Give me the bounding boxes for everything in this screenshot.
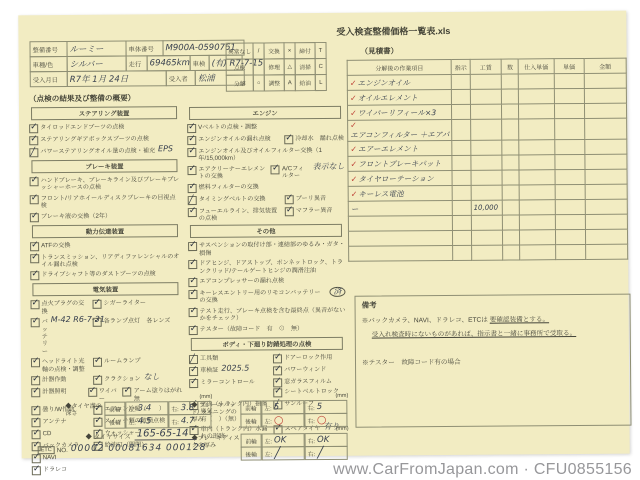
handwritten-value: 松浦 — [198, 72, 215, 84]
checklist-row: ╱工具類✓ドアーロック作用 — [189, 353, 349, 363]
checkbox: ✓ — [30, 177, 39, 186]
section-header: 電気装置 — [32, 283, 178, 297]
checklist-row: ✓Vベルトの点検・調整 — [187, 123, 347, 133]
estimate-table: 分解後の作業項目指示工賃数仕入単価単価金額✓エンジンオイル✓オイルエレメント✓ワ… — [347, 58, 629, 262]
checklist-heading: （点検の結果及び整備の概要） — [29, 92, 183, 104]
checklist-item-label: 計器作動 — [42, 376, 66, 384]
header-row: 受入月日R7年 1月 24日受入者松浦 — [31, 71, 245, 88]
estimate-cell — [470, 74, 502, 89]
estimate-cell — [585, 199, 627, 214]
check-mark: ✓ — [31, 175, 39, 184]
field-label: 車検 — [190, 55, 210, 71]
check-mark: ✓ — [33, 464, 41, 473]
checklist-row: ✓ブレーキ液の交換（2年） — [30, 212, 184, 222]
estimate-cell — [503, 245, 520, 260]
checkbox: ✓ — [94, 430, 103, 439]
checklist-item-label: 室内（トランク内）損傷臭気 — [200, 400, 270, 415]
handwritten-value: ルーミー — [69, 43, 103, 55]
checklist-item: ✓車検証2025.5 — [189, 366, 273, 376]
estimate-item-cell: ー — [348, 200, 452, 216]
checkbox: ✓ — [31, 318, 40, 327]
estimate-cell — [584, 118, 626, 139]
checklist-item: ╱工具類 — [189, 354, 273, 364]
form-title: 受入検査整備価格一覧表.xls — [336, 24, 450, 38]
checkbox: ✓ — [93, 376, 102, 385]
checklist-item: ✓シートベルトロック — [273, 388, 339, 398]
handwritten-note: 有り — [323, 423, 339, 431]
check-mark: ✓ — [89, 386, 97, 395]
red-check-mark: ✓ — [350, 144, 357, 153]
estimate-item-cell: ✓エアーエレメント — [348, 140, 452, 156]
estimate-cell — [519, 170, 554, 185]
estimate-cell — [585, 244, 627, 259]
checkbox: ✓ — [31, 359, 40, 368]
checklist-item: ✓テスト走行、ブレーキ点検を含む最終点（異音がないかをチェック） — [189, 307, 349, 323]
estimate-cell — [471, 230, 503, 245]
handwritten-note: EPS — [158, 145, 173, 153]
red-check-mark: ✓ — [350, 93, 357, 102]
checkbox: ✓ — [93, 358, 102, 367]
estimate-item-cell: ✓エアコンフィルター ＋エアパ — [348, 119, 452, 141]
estimate-cell — [502, 140, 519, 155]
checklist-item: ✓CD — [32, 430, 94, 439]
estimate-item-cell: ✓オイルエレメント — [347, 89, 451, 105]
check-mark: ✓ — [31, 270, 39, 279]
check-mark: ✓ — [190, 306, 198, 315]
checklist-item-label: ATFの交換 — [41, 242, 70, 250]
estimate-cell — [554, 103, 584, 118]
checklist-row: ✓ヘッドライト光軸の点検・調整✓ルームランプ — [31, 357, 185, 373]
slash-mark: ╱ — [189, 195, 194, 204]
check-mark: ✓ — [124, 386, 132, 395]
checkbox: ✓ — [31, 406, 40, 415]
estimate-item-cell — [348, 215, 452, 231]
check-mark: ✓ — [190, 365, 198, 374]
checkbox: ✓ — [273, 366, 282, 375]
checklist-item-label: 工具類 — [200, 355, 218, 363]
red-check-mark: ✓ — [350, 121, 357, 130]
legend-symbol: L — [315, 74, 327, 91]
checklist-item: ✓ATFの交換 — [30, 242, 73, 251]
checklist-row: ✓エンジンオイルの漏れ点検✓冷却水 漏れ点検 — [187, 135, 347, 145]
checkbox: ✓ — [31, 418, 40, 427]
estimate-item-text: エンジンオイル — [357, 78, 409, 87]
estimate-item-text: ワイパーリフィール×3 — [358, 108, 436, 118]
checklist-item-label: ウォッシャー — [105, 429, 141, 437]
checkbox: ✓ — [188, 260, 197, 269]
legend-label: 交換 — [263, 42, 284, 59]
check-mark: ✓ — [94, 356, 102, 365]
checklist-item-label: ヘッドライト光軸の点検・調整 — [42, 358, 90, 373]
field-value: シルバー — [67, 56, 127, 72]
checklist-item-label: シートベルトロック — [284, 388, 339, 396]
estimate-column-header: 仕入単価 — [518, 59, 553, 74]
checklist-item: ✓A/Cフィルター表示なし — [271, 165, 348, 180]
check-mark: ✓ — [190, 399, 198, 408]
checkbox: ✓ — [123, 388, 132, 397]
checklist-row: ╱パワーステアリングオイル量の点検・補充EPS — [29, 147, 183, 157]
checklist-item-label: テスト走行、ブレーキ点検を含む最終点（異音がないかをチェック） — [200, 307, 346, 323]
checklist-item-label: アンテナ — [42, 418, 66, 426]
checklist-item: ✓室内（トランク内）損傷臭気有（ ）（無） — [189, 400, 273, 423]
symbol-legend-table: 異常なし/交換×締付T点検修理△清掃C分解○調整A給油L — [226, 43, 326, 92]
checklist-item: ✓マフラー異音 — [285, 207, 336, 216]
checklist-row: ✓ミラーコントロール✓窓ガラスフィルム✓シートベルトロック — [189, 377, 349, 397]
checklist-row: ✓フューエルライン、排気装置の点検✓マフラー異音 — [188, 206, 348, 222]
estimate-cell — [520, 215, 555, 230]
checkbox: ✓ — [273, 354, 282, 363]
section-header: ステアリング装置 — [31, 106, 177, 120]
checkbox: ✓ — [32, 466, 41, 475]
checkbox: ✓ — [93, 406, 102, 415]
checklist-item: ✓窓ガラスフィルム — [273, 378, 339, 388]
estimate-cell — [471, 185, 503, 200]
estimate-row — [349, 244, 628, 261]
checkbox: ✓ — [93, 418, 102, 427]
checklist-row: ✓バックカメラ✓給油口（開閉） — [32, 441, 186, 451]
checklist-item: ✓曇り/W作動 — [31, 406, 93, 415]
check-mark: ✓ — [30, 134, 38, 143]
checklist-item-label: ドアーロック作用 — [284, 354, 332, 362]
checklist-item-label: 点火プラグの交換 — [42, 300, 90, 315]
checklist-item-label: フロント/リアホイールディスクブレーキの目視点検 — [41, 194, 181, 210]
checklist-item: ✓燃料フィルターの交換 — [188, 183, 262, 193]
checklist-item-label: 給油口（開閉） — [105, 441, 148, 449]
estimate-cell — [452, 170, 471, 185]
estimate-cell — [584, 73, 626, 88]
field-value: 69465km — [147, 55, 191, 71]
estimate-section: （見積書） 分解後の作業項目指示工賃数仕入単価単価金額✓エンジンオイル✓オイルエ… — [347, 44, 629, 262]
checkbox: ✓ — [29, 124, 38, 133]
checklist-item-label: クラクション — [104, 376, 141, 384]
checklist-row: ✓キーレスエントリー用のリモコンバッテリーの交換済 — [188, 289, 348, 305]
checklist-item-label: 冷却水 漏れ点検 — [295, 135, 344, 143]
estimate-cell — [471, 155, 503, 170]
check-mark: ✓ — [31, 240, 39, 249]
check-mark: ✓ — [272, 163, 280, 172]
checkbox: ✓ — [29, 136, 38, 145]
checklist-item-label: エアコン冷暖（ ） — [104, 405, 165, 413]
check-mark: ✓ — [189, 206, 197, 215]
remarks-line: 受入れ検査時にないものがあれば、指示書と一緒に事務所で受取る。 — [372, 327, 624, 339]
estimate-cell — [519, 104, 554, 119]
field-label: 走行 — [126, 55, 148, 71]
checkbox: ✓ — [187, 148, 196, 157]
check-mark: ✓ — [95, 440, 103, 449]
handwritten-note: 済 — [329, 287, 345, 297]
checklist-row: ✓テスター（故障コード 有 ⊙ 無） — [189, 324, 349, 334]
checklist-row: ✓車内（トランク内）水漏れの形跡✓スペアタイヤ有り — [189, 425, 349, 441]
handwritten-note: 表示なし — [312, 163, 344, 171]
checklist-item-label: 有（ ）（無） — [200, 415, 270, 423]
estimate-cell — [519, 185, 554, 200]
legend-label: 異常なし — [225, 43, 253, 60]
checklist-item: ✓ドアヒンジ、ドアストップ、ボンネットロック、トランクリッド/テールゲートヒンジ… — [188, 259, 348, 275]
legend-label: 点検 — [226, 59, 254, 76]
field-label: 整備番号 — [29, 41, 67, 57]
handwritten-note: 2025.5 — [221, 364, 249, 372]
checklist-item: ✓ドラレコ — [32, 466, 70, 475]
estimate-item-cell: ✓キーレス電池 — [348, 185, 452, 201]
estimate-item-cell: ✓エンジンオイル — [347, 74, 451, 90]
checklist-row: ✓室内（トランク内）損傷臭気有（ ）（無）╱サンルーフ — [189, 399, 349, 422]
estimate-cell — [555, 199, 585, 214]
estimate-cell — [503, 215, 520, 230]
section-header: 動力伝達装置 — [32, 224, 178, 238]
check-mark: ✓ — [33, 440, 41, 449]
estimate-cell — [471, 215, 503, 230]
red-check-mark: ✓ — [351, 174, 358, 183]
estimate-cell — [584, 103, 626, 118]
checklist-item: ✓ハンドブレーキ、ブレーキライン及びブレーキプレッシャーホースの点検 — [30, 176, 184, 192]
checklist-item-label: トランスミッション、リアディファレンシャルのオイル漏れ点検 — [41, 253, 181, 269]
check-mark: ✓ — [189, 258, 197, 267]
checklist-item: ✓NAVI — [32, 454, 60, 463]
checklist-row: ✓ドライブシャフト等のダストブーツの点検 — [30, 271, 184, 281]
estimate-cell — [554, 73, 584, 88]
measure-value: ╱ — [274, 446, 281, 459]
estimate-cell — [502, 170, 519, 185]
check-mark: ✓ — [32, 357, 40, 366]
checklist-row: ✓サスペンションの取付け部・連結部のゆるみ・ガタ・損傷 — [188, 241, 348, 257]
checklist-item-label: ドライブシャフト等のダストブーツの点検 — [41, 271, 156, 279]
checklist-row: ✓燃料フィルターの交換 — [188, 182, 348, 192]
field-label: 車体番号 — [125, 40, 163, 56]
estimate-cell — [452, 155, 471, 170]
checklist-item-label: ルームランプ — [104, 358, 141, 366]
estimate-column-header: 分解後の作業項目 — [347, 59, 451, 75]
slash-mark: ╱ — [190, 354, 195, 363]
checklist-item-label: エアコンプレッサーの漏れ点検 — [199, 277, 284, 285]
legend-label: 締付 — [294, 42, 315, 59]
field-value: ルーミー — [66, 41, 126, 57]
checklist-item: ✓ヘッドライト光軸の点検・調整 — [31, 358, 93, 373]
estimate-cell — [453, 215, 472, 230]
checklist-item: ╱タイミングベルトの交換 — [188, 195, 285, 205]
check-mark: ✓ — [31, 299, 39, 308]
checkbox: ✓ — [188, 290, 197, 299]
check-mark: ✓ — [31, 193, 39, 202]
remarks-text: ※バックカメラ、NAVI、ドラレコ、ETCは — [362, 317, 490, 325]
checklist-item-label: サスペンションの取付け部・連結部のゆるみ・ガタ・損傷 — [199, 241, 345, 257]
checklist-item: ╱パワーステアリングオイル量の点検・補充EPS — [29, 147, 176, 157]
check-mark: ✓ — [286, 193, 294, 202]
field-label: 受入月日 — [30, 71, 68, 87]
checklist-item: ✓エンジンオイル及びオイルフィルター交換（1年/15,000km） — [187, 147, 347, 163]
checklist-item: ✓バックカメラ — [32, 442, 94, 451]
estimate-cell — [502, 155, 519, 170]
checklist-item-label: シガーライター — [104, 300, 147, 308]
estimate-cell — [503, 230, 520, 245]
measure-value-cell: 右:╱ — [305, 446, 348, 460]
estimate-cell — [452, 185, 471, 200]
estimate-column-header: 単価 — [554, 58, 584, 73]
check-mark: ✓ — [31, 252, 39, 261]
check-mark: ✓ — [274, 376, 282, 385]
checklist-item-label: エアクリーナーエレメントの交換 — [198, 165, 268, 180]
check-mark: ✓ — [95, 428, 103, 437]
checkbox: ✓ — [31, 301, 40, 310]
estimate-item-cell: ✓フロントブレーキパット — [348, 155, 452, 171]
checklist-item-label: タイミングベルトの交換 — [199, 195, 266, 203]
estimate-cell — [452, 119, 471, 140]
estimate-cell — [555, 214, 585, 229]
checklist-item-label: スペアタイヤ — [284, 425, 320, 433]
estimate-cell — [453, 230, 472, 245]
estimate-cell: 10,000 — [471, 200, 503, 215]
checklist-item: ✓テスター（故障コード 有 ⊙ 無） — [189, 325, 306, 335]
estimate-item-text: エアーエレメント — [358, 144, 418, 153]
checklist-item: ✓プーリ異音 — [285, 195, 329, 204]
checkbox: ✓ — [284, 135, 293, 144]
estimate-cell — [554, 154, 584, 169]
checklist-item-label: タイロッドエンドブーツの点検 — [40, 124, 124, 132]
checklist-item: ✓クラクションなし — [93, 375, 163, 385]
checkbox: ✓ — [188, 242, 197, 251]
checkbox: ✓ — [189, 379, 198, 388]
checklist-item-label: パワーウィンド — [284, 366, 326, 374]
checkbox: ✓ — [187, 166, 196, 175]
red-check-mark: ✓ — [350, 108, 357, 117]
estimate-item-text: タイヤローテーション — [358, 174, 434, 184]
check-mark: ✓ — [274, 364, 282, 373]
estimate-cell — [519, 119, 555, 140]
checklist-item: ✓計器照明 — [31, 388, 88, 397]
scanned-inspection-form: { "meta": { "title": "受入検査整備価格一覧表.xls", … — [0, 0, 640, 480]
estimate-item-cell: ✓ワイパーリフィール×3 — [347, 104, 451, 120]
checklist-row: ✓計器照明✓ワイパー✓アーム塗りはがれ無 — [31, 387, 185, 403]
checklist-item: ✓サスペンションの取付け部・連結部のゆるみ・ガタ・損傷 — [188, 241, 348, 257]
estimate-cell — [471, 170, 503, 185]
check-mark: ✓ — [188, 164, 196, 173]
checklist-item: ✓ミラーコントロール — [189, 378, 273, 388]
check-mark: ✓ — [94, 416, 102, 425]
checkbox: ✓ — [30, 242, 39, 251]
legend-label: 修理 — [264, 58, 285, 75]
check-mark: ✓ — [189, 276, 197, 285]
check-mark: ✓ — [32, 374, 40, 383]
checklist-row: ✓テスト走行、ブレーキ点検を含む最終点（異音がないかをチェック） — [189, 307, 349, 323]
estimate-cell — [520, 245, 555, 260]
checklist-item-label: ブレーキ液の交換（2年） — [41, 212, 111, 220]
checklist-item-label: 車内（トランク内）水漏れの形跡 — [200, 425, 270, 440]
checklist-item: ✓ウォッシャー — [94, 429, 144, 438]
checklist-item-label: エンジンオイル及びオイルフィルター交換（1年/15,000km） — [198, 147, 344, 163]
estimate-cell — [502, 185, 519, 200]
checklist-item-label: ドアヒンジ、ドアストップ、ボンネットロック、トランクリッド/テールゲートヒンジの… — [199, 259, 345, 275]
checklist-item: ✓Vベルトの点検・調整 — [187, 123, 260, 133]
remarks-underlined-text: 受入れ検査時にないものがあれば、指示書と一緒に事務所で受取る。 — [372, 330, 576, 339]
checklist-row: ✓ATFの交換 — [30, 241, 184, 251]
checklist-item-label: ドラレコ — [43, 466, 67, 474]
remarks-line: ※テスター 故障コード有の場合 — [362, 355, 624, 367]
checklist-item-label: ステアリングギアボックスブーツの点検 — [40, 135, 149, 143]
estimate-item-text: ー — [351, 204, 359, 213]
estimate-cell — [585, 139, 627, 154]
handwritten-note: なし — [144, 373, 160, 381]
estimate-title: （見積書） — [361, 44, 627, 57]
checklist-item: ✓トランスミッション、リアディファレンシャルのオイル漏れ点検 — [30, 253, 184, 269]
checklist-item-label: スイッチ類の破損点検 — [104, 417, 165, 425]
check-mark: ✓ — [32, 316, 40, 325]
checkbox: ✓ — [189, 426, 198, 435]
checkbox: ╱ — [29, 148, 38, 157]
estimate-cell — [585, 214, 627, 229]
check-mark: ✓ — [189, 182, 197, 191]
checklist-item: ✓給油口（開閉） — [94, 441, 151, 450]
remarks-line: ※バックカメラ、NAVI、ドラレコ、ETCは 要確認装備とする。 — [362, 313, 624, 325]
remarks-box: 備考 ※バックカメラ、NAVI、ドラレコ、ETCは 要確認装備とする。受入れ検査… — [354, 294, 631, 428]
checkbox: ✓ — [187, 136, 196, 145]
check-mark: ✓ — [32, 386, 40, 395]
handwritten-value: シルバー — [70, 58, 103, 70]
checkbox: ✓ — [285, 195, 294, 204]
checklist-row: ✓NAVI — [32, 453, 186, 463]
estimate-cell — [452, 104, 471, 119]
slash-mark: ╱ — [274, 399, 279, 408]
field-value: R7年 1月 24日 — [67, 70, 167, 87]
checklist-row: ╱タイミングベルトの交換✓プーリ異音 — [188, 194, 348, 204]
checklist-item-label: サンルーフ — [284, 400, 314, 408]
section-header: その他 — [190, 224, 342, 238]
check-mark: ✓ — [93, 298, 101, 307]
checklist-item-label: マフラー異音 — [296, 207, 333, 215]
field-label: 受入者 — [166, 70, 196, 86]
estimate-item-text: エアコンフィルター ＋エアパ — [350, 130, 449, 140]
handwritten-value: R7年 1月 24日 — [70, 73, 129, 85]
estimate-cell — [555, 229, 585, 244]
estimate-cell — [554, 118, 584, 139]
check-mark: ✓ — [286, 205, 294, 214]
checklist-item-label: 窓ガラスフィルム — [284, 378, 332, 386]
check-mark: ✓ — [190, 424, 198, 433]
checklist-item-label: NAVI — [43, 454, 57, 462]
checklist-item: ✓車内（トランク内）水漏れの形跡 — [189, 425, 273, 440]
labor-cost-value: 10,000 — [474, 204, 499, 212]
checklist-item: ✓エンジンオイルの漏れ点検 — [187, 135, 284, 145]
check-mark: ✓ — [274, 386, 282, 395]
checklist-row: ✓エアコンプレッサーの漏れ点検 — [188, 277, 348, 287]
estimate-cell — [451, 74, 470, 89]
checklist-row: ✓フロント/リアホイールディスクブレーキの目視点検 — [30, 194, 184, 210]
remarks-text: ※テスター 故障コード有の場合 — [362, 359, 461, 367]
check-mark: ✓ — [189, 240, 197, 249]
estimate-row: ✓エアコンフィルター ＋エアパ — [348, 118, 627, 141]
estimate-item-cell — [348, 230, 452, 246]
checklist-item: ✓ドアーロック作用 — [273, 354, 335, 363]
remarks-title: 備考 — [362, 298, 624, 311]
check-mark: ✓ — [33, 452, 41, 461]
checklist-item-label: ハンドブレーキ、ブレーキライン及びブレーキプレッシャーホースの点検 — [41, 176, 181, 192]
estimate-cell — [519, 155, 554, 170]
checklist-item: ✓各ランプ点灯 各レンズ — [93, 317, 174, 327]
legend-symbol: C — [315, 58, 327, 75]
checklist-row: ✓トランスミッション、リアディファレンシャルのオイル漏れ点検 — [30, 253, 184, 269]
checklist-row: ✓アンテナ✓スイッチ類の破損点検 — [31, 417, 185, 427]
checkbox: ✓ — [273, 425, 282, 434]
checkbox: ✓ — [30, 195, 39, 204]
checklist-item-label: 燃料フィルターの交換 — [199, 183, 259, 191]
checklist-item-label: バッテリー — [42, 318, 48, 355]
estimate-cell — [452, 89, 471, 104]
checkbox: ✓ — [187, 124, 196, 133]
estimate-cell — [471, 140, 503, 155]
estimate-cell — [555, 244, 585, 259]
checklist-item: ✓タイロッドエンドブーツの点検 — [29, 124, 127, 134]
checklist-row: ✓ドアヒンジ、ドアストップ、ボンネットロック、トランクリッド/テールゲートヒンジ… — [188, 259, 348, 275]
checklist-item-label: テスター（故障コード 有 ⊙ 無） — [200, 325, 303, 333]
estimate-cell — [470, 89, 502, 104]
